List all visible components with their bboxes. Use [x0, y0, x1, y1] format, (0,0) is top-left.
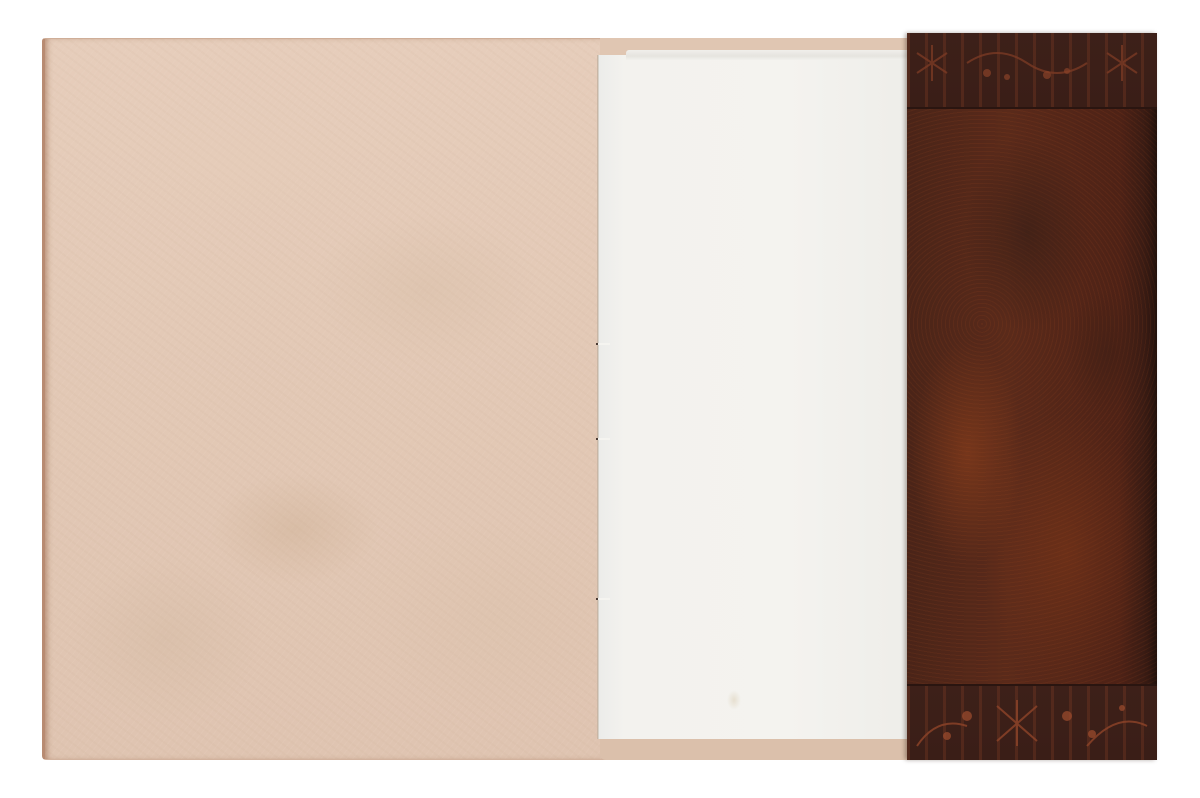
- embossed-border-bottom: [907, 684, 1157, 760]
- page-edges: [626, 50, 914, 60]
- left-inner-cover: [42, 38, 607, 760]
- leather-flap: [907, 33, 1157, 760]
- blank-pages: [598, 55, 915, 739]
- binding-stitch: [596, 438, 610, 440]
- journal-photo: [0, 0, 1200, 798]
- binding-stitch: [596, 598, 610, 600]
- embossed-border-top: [907, 33, 1157, 109]
- floral-ornament-icon: [907, 33, 1157, 107]
- floral-ornament-icon: [907, 686, 1157, 760]
- binding-stitch: [596, 343, 610, 345]
